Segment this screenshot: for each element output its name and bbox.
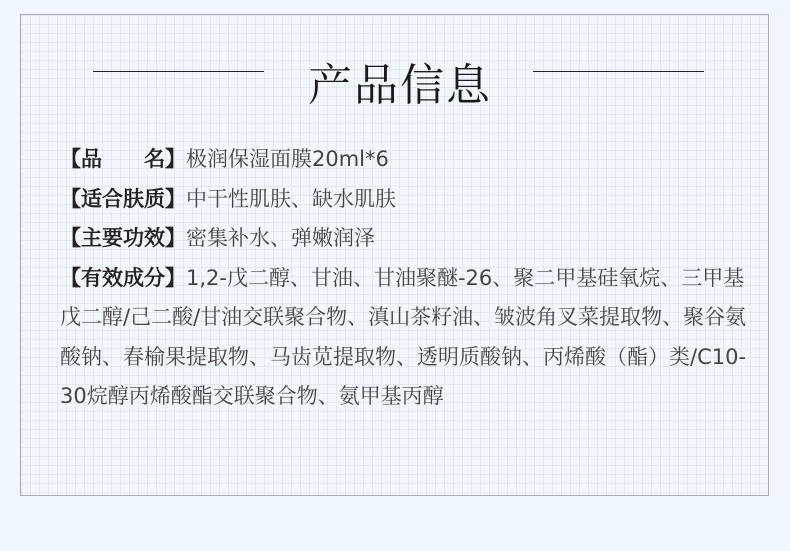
info-label-product-name: 【品名】 <box>60 147 186 171</box>
info-label-skin-type: 【适合肤质】 <box>60 187 186 211</box>
info-value-skin-type: 中干性肌肤、缺水肌肤 <box>186 187 396 211</box>
info-row-ingredients: 【有效成分】1,2-戊二醇、甘油、甘油聚醚-26、聚二甲基硅氧烷、三甲基戊二醇/… <box>60 259 750 417</box>
info-value-main-effects: 密集补水、弹嫩润泽 <box>186 226 375 250</box>
info-row-main-effects: 【主要功效】密集补水、弹嫩润泽 <box>60 219 750 259</box>
title-divider-right <box>533 71 704 72</box>
info-label-ingredients: 【有效成分】 <box>60 266 186 290</box>
info-row-skin-type: 【适合肤质】中干性肌肤、缺水肌肤 <box>60 180 750 220</box>
info-label-main-effects: 【主要功效】 <box>60 226 186 250</box>
info-row-product-name: 【品名】极润保湿面膜20ml*6 <box>60 140 750 180</box>
page-title: 产品信息 <box>290 56 510 116</box>
product-info-list: 【品名】极润保湿面膜20ml*6 【适合肤质】中干性肌肤、缺水肌肤 【主要功效】… <box>60 140 750 417</box>
title-divider-left <box>93 71 264 72</box>
info-value-product-name: 极润保湿面膜20ml*6 <box>186 147 389 171</box>
